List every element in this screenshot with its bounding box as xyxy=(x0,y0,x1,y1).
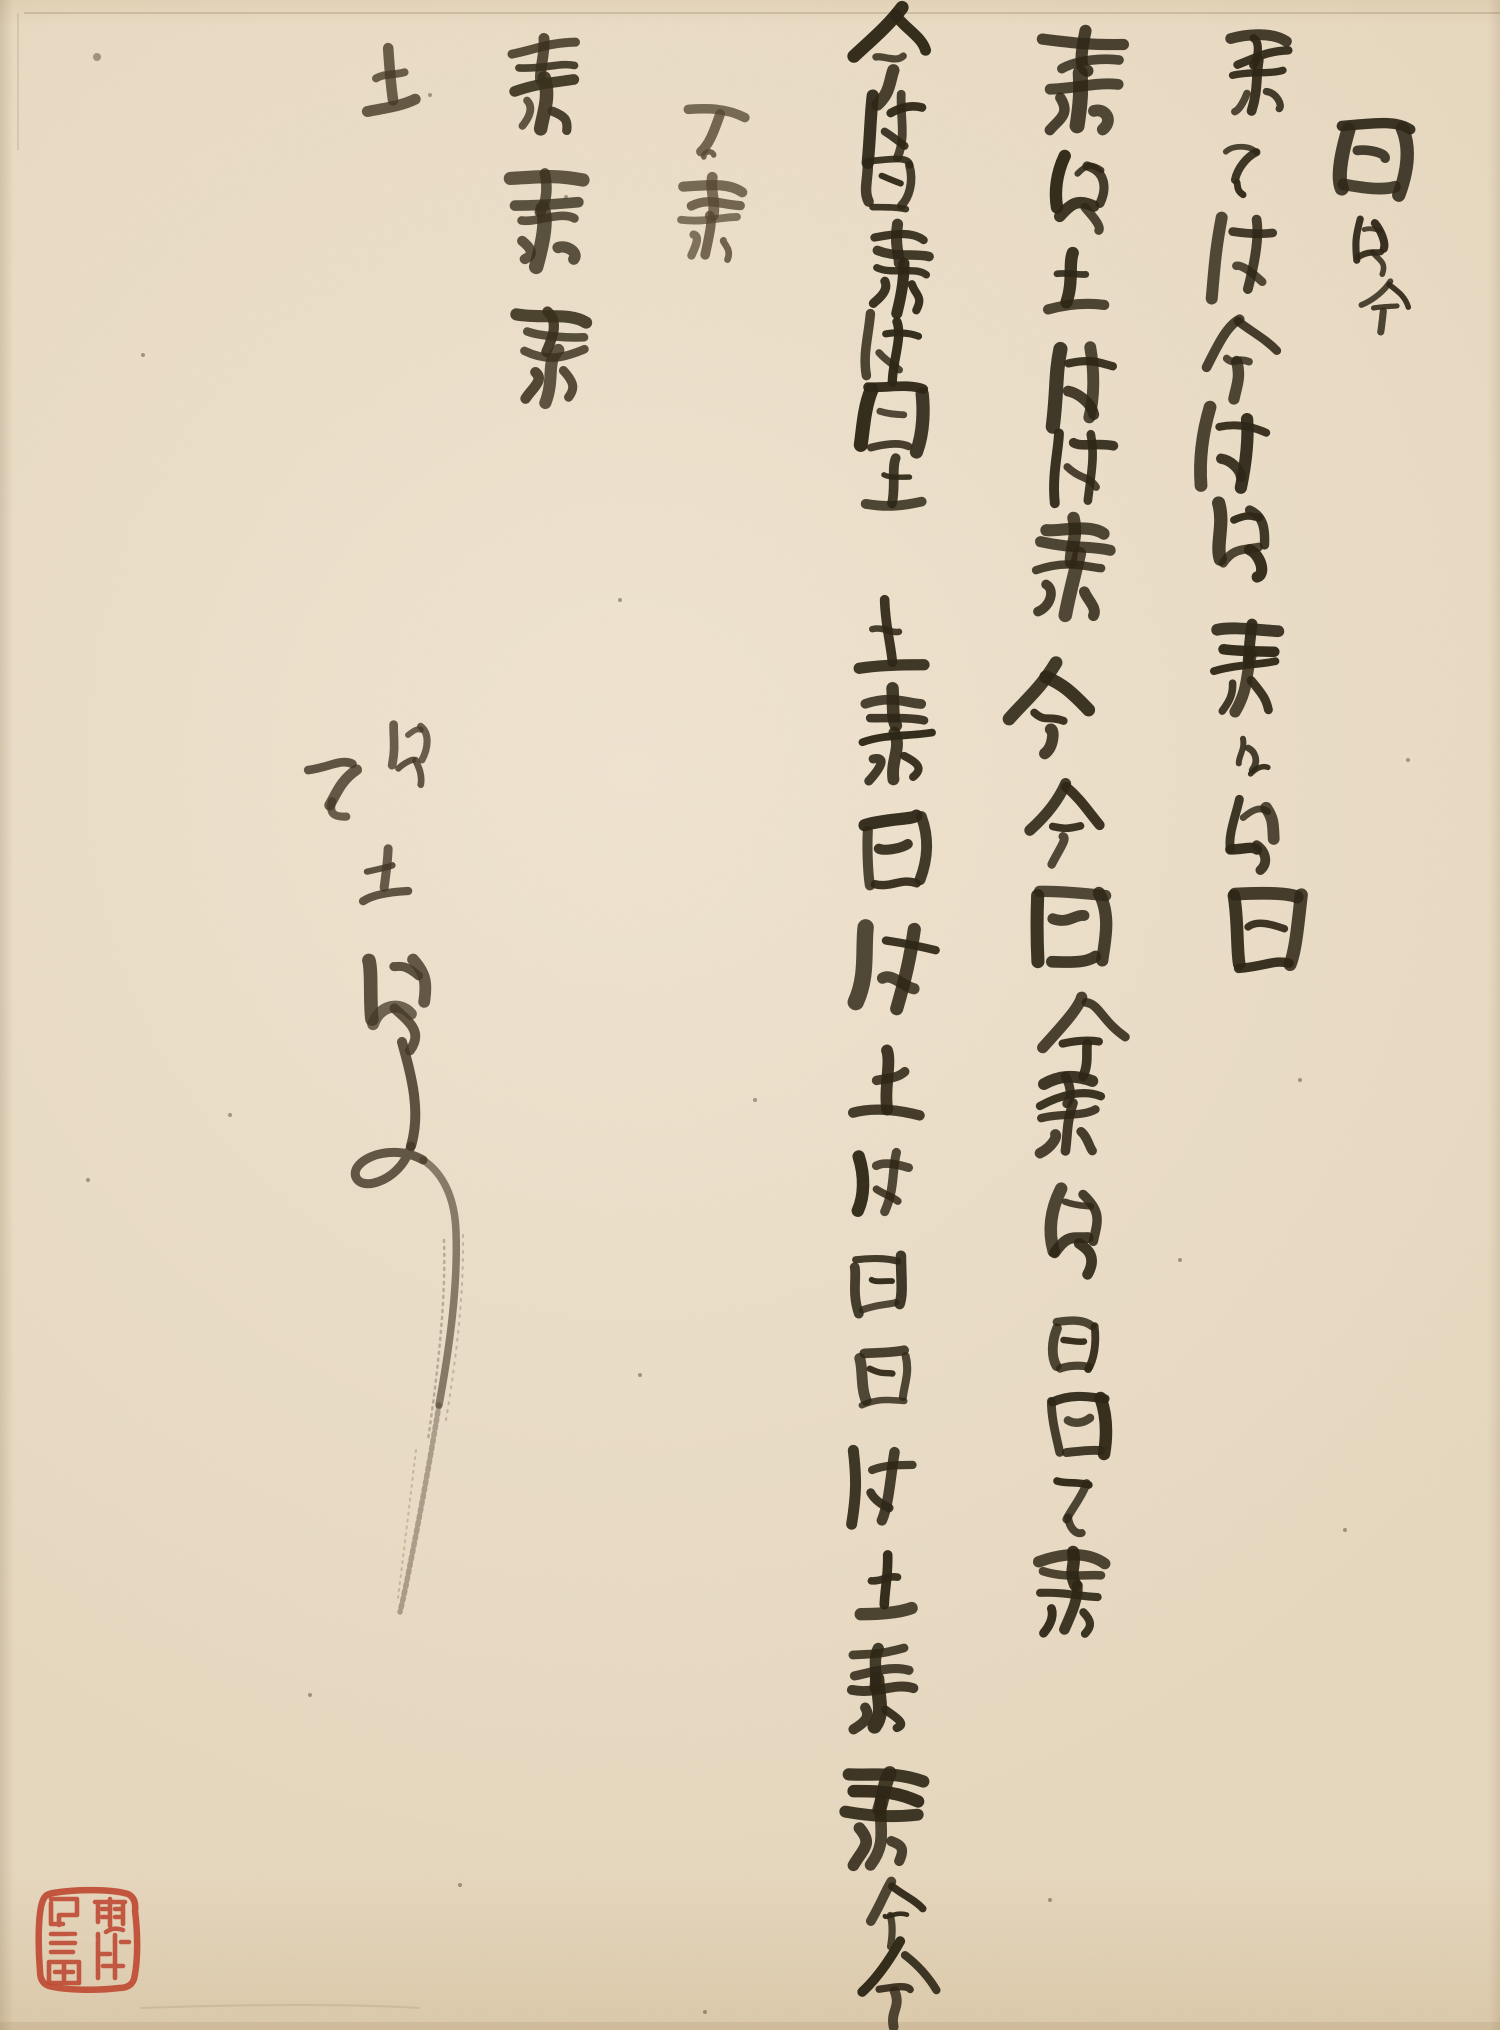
brush-stroke xyxy=(873,206,906,210)
paper-grain xyxy=(0,0,1500,2030)
ink-speck xyxy=(86,1178,90,1182)
brush-stroke xyxy=(864,816,917,826)
brush-stroke xyxy=(851,1450,856,1524)
brush-stroke xyxy=(1043,1571,1101,1577)
brush-stroke xyxy=(367,960,374,1019)
brush-stroke xyxy=(1066,253,1072,302)
brush-stroke xyxy=(871,443,909,449)
brush-stroke xyxy=(865,163,872,201)
brush-stroke xyxy=(856,927,867,1002)
brush-stroke xyxy=(875,881,917,886)
brush-stroke xyxy=(1060,1365,1089,1370)
brush-stroke xyxy=(879,844,908,850)
brush-stroke xyxy=(1100,1398,1107,1454)
paper-bottom-edge xyxy=(0,2022,1500,2030)
brush-stroke xyxy=(876,55,903,60)
brush-stroke xyxy=(866,831,872,885)
brush-stroke xyxy=(868,385,923,389)
brush-stroke xyxy=(896,1256,904,1304)
brush-stroke xyxy=(859,665,924,669)
brush-stroke xyxy=(1217,503,1222,559)
brush-stroke xyxy=(1071,1552,1077,1585)
brush-stroke xyxy=(1364,229,1380,231)
brush-stroke xyxy=(864,1350,904,1353)
brush-stroke xyxy=(868,96,873,163)
brush-stroke xyxy=(709,177,716,215)
brush-stroke xyxy=(1077,73,1081,126)
brush-stroke xyxy=(1381,311,1384,332)
brush-stroke xyxy=(1062,1039,1098,1044)
brush-stroke xyxy=(519,64,575,69)
brush-stroke xyxy=(1233,361,1240,398)
brush-stroke xyxy=(1063,1340,1084,1342)
ink-speck xyxy=(638,1373,642,1377)
brush-stroke xyxy=(880,411,904,415)
brush-stroke xyxy=(891,458,897,503)
brush-stroke xyxy=(889,1915,894,1946)
brush-stroke xyxy=(1053,825,1081,828)
brush-stroke xyxy=(1235,893,1297,897)
brush-stroke xyxy=(691,235,697,256)
brush-stroke xyxy=(537,78,548,129)
ink-speck xyxy=(1343,1528,1347,1532)
brush-stroke xyxy=(1052,1328,1058,1366)
calligraphy-canvas xyxy=(0,0,1500,2030)
brush-stroke xyxy=(1068,1418,1090,1423)
brush-stroke xyxy=(1234,896,1239,965)
ink-speck xyxy=(428,93,432,97)
brush-stroke xyxy=(1343,183,1395,189)
ink-speck xyxy=(458,1883,462,1887)
ink-speck xyxy=(141,353,145,357)
brush-stroke xyxy=(884,475,910,479)
brush-stroke xyxy=(870,717,924,721)
brush-stroke xyxy=(892,733,897,780)
brush-stroke xyxy=(1053,915,1084,920)
ink-speck xyxy=(308,1693,312,1697)
brush-stroke xyxy=(1057,273,1086,274)
ink-speck xyxy=(1406,758,1410,762)
brush-stroke xyxy=(853,1109,920,1116)
brush-stroke xyxy=(1037,896,1038,962)
ink-speck xyxy=(618,598,622,602)
ink-speck xyxy=(228,1113,232,1117)
ink-speck xyxy=(1048,1898,1052,1902)
ink-speck xyxy=(703,2010,707,2014)
brush-stroke xyxy=(1040,1592,1098,1597)
ink-speck xyxy=(1178,1258,1182,1262)
brush-stroke xyxy=(872,1278,892,1282)
brush-stroke xyxy=(1234,516,1260,520)
brush-stroke xyxy=(872,1679,881,1727)
brush-stroke xyxy=(916,394,923,452)
brush-stroke xyxy=(860,1358,866,1400)
brush-stroke xyxy=(1048,304,1104,310)
ink-speck xyxy=(1298,1078,1302,1082)
ink-speck xyxy=(93,53,101,61)
ink-speck xyxy=(753,1098,757,1102)
calligraphy-glyph xyxy=(873,224,930,315)
letter-page xyxy=(0,0,1500,2030)
brush-stroke xyxy=(858,1157,863,1211)
brush-stroke xyxy=(872,628,899,632)
brush-stroke xyxy=(892,1991,897,2027)
brush-stroke xyxy=(877,250,929,256)
brush-stroke xyxy=(392,725,395,766)
brush-stroke xyxy=(1052,349,1061,427)
brush-stroke xyxy=(1066,1450,1100,1453)
brush-stroke xyxy=(853,1267,859,1314)
brush-stroke xyxy=(1052,956,1096,962)
